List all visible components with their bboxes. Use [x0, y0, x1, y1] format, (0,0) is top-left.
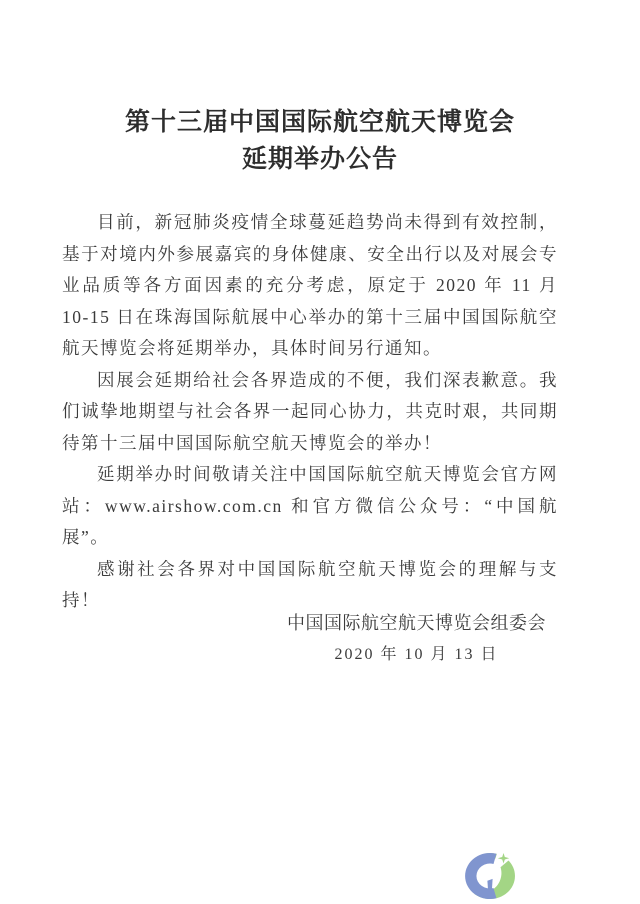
paragraph-postponement-reason: 目前，新冠肺炎疫情全球蔓延趋势尚未得到有效控制，基于对境内外参展嘉宾的身体健康、… — [62, 207, 558, 365]
signature-block: 中国国际航空航天博览会组委会 2020 年 10 月 13 日 — [287, 608, 546, 671]
title-line-2: 延期举办公告 — [0, 141, 640, 178]
document-title: 第十三届中国国际航空航天博览会 延期举办公告 — [0, 104, 640, 178]
airshow-china-logo-icon — [464, 852, 516, 900]
paragraph-apology: 因展会延期给社会各界造成的不便，我们深表歉意。我们诚挚地期望与社会各界一起同心协… — [62, 365, 558, 460]
title-line-1: 第十三届中国国际航空航天博览会 — [0, 104, 640, 141]
document-body: 目前，新冠肺炎疫情全球蔓延趋势尚未得到有效控制，基于对境内外参展嘉宾的身体健康、… — [62, 207, 558, 617]
signature-organization: 中国国际航空航天博览会组委会 — [287, 608, 546, 639]
paragraph-official-channels: 延期举办时间敬请关注中国国际航空航天博览会官方网站：www.airshow.co… — [62, 459, 558, 554]
signature-date: 2020 年 10 月 13 日 — [287, 639, 546, 671]
